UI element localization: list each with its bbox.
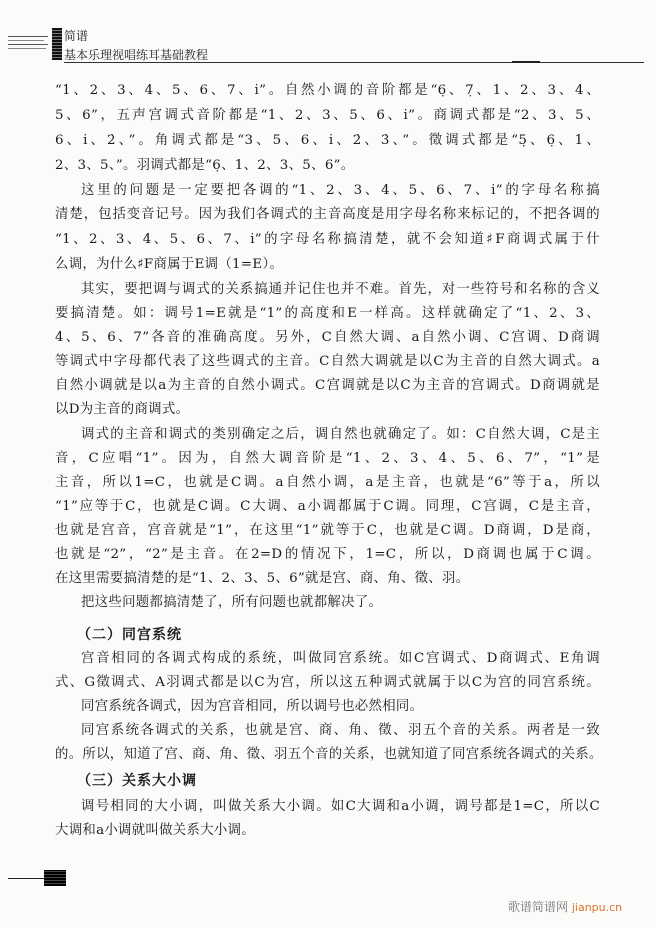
watermark: 歌谱简谱网 jianpu.cn xyxy=(508,898,622,915)
text-line: 同宫系统各调式，因为宫音相同，所以调号也必然相同。 xyxy=(81,698,600,716)
text-line: 自然小调就是以a为主音的自然小调式。C宫调就是以C为主音的宫调式。D商调就是 xyxy=(55,377,600,395)
header-block-mark xyxy=(52,28,62,60)
header-decoration-lines xyxy=(8,36,48,52)
header-rule xyxy=(64,62,644,63)
text-line: 也就是宫音，宫音就是“1”，在这里“1”就等于C，也就是C调。D商调，D是商， xyxy=(55,522,600,540)
text-line: 以D为主音的商调式。 xyxy=(55,401,600,419)
text-line: 么调，为什么♯F商属于E调（1=E）。 xyxy=(55,256,600,274)
text-line: 在这里需要搞清楚的是“1、2、3、5、6”就是宫、商、角、徵、羽。 xyxy=(55,570,600,588)
text-line: 等调式中字母都代表了这些调式的主音。C自然大调就是以C为主音的自然大调式。a xyxy=(55,353,600,371)
text-line: 音，C应唱“1”。因为，自然大调音阶是“1、2、3、4、5、6、7”，“1”是 xyxy=(55,450,600,468)
text-line: “1、2、3、4、5、6、7、i̇”的字母名称搞清楚，就不会知道♯F商调式属于什 xyxy=(55,231,600,249)
text-line: 主音，所以1=C，也就是C调。a自然小调，a是主音，也就是“6”等于a，所以 xyxy=(55,474,600,492)
text-line: 要搞清楚。如：调号1=E就是“1”的高度和E一样高。这样就确定了“1、2、3、 xyxy=(55,305,600,323)
text-line: 的。所以，知道了宫、商、角、徵、羽五个音的关系，也就知道了同宫系统各调式的关系。 xyxy=(55,746,600,764)
text-line: 清楚，包括变音记号。因为我们各调式的主音高度是用字母名称来标记的，不把各调的 xyxy=(55,206,600,224)
text-line: 5、6”，五声宫调式音阶都是“1、2、3、5、6、i̇”。商调式都是“2、3、5… xyxy=(55,107,600,125)
text-line: 调号相同的大小调，叫做关系大小调。如C大调和a小调，调号都是1=C，所以C xyxy=(81,798,600,816)
text-line: 4、5、6、7”各音的准确高度。另外，C自然大调、a自然小调、C宫调、D商调 xyxy=(55,329,600,347)
text-line: 式、G徵调式、A羽调式都是以C为宫，所以这五种调式就属于以C为宫的同宫系统。 xyxy=(55,674,600,692)
section-heading: （二）同宫系统 xyxy=(77,624,182,644)
text-line: 这里的问题是一定要把各调的“1、2、3、4、5、6、7、i̇”的字母名称搞 xyxy=(81,182,600,200)
text-line: 把这些问题都搞清楚了，所有问题也就都解决了。 xyxy=(81,594,600,612)
text-line: 调式的主音和调式的类别确定之后，调自然也就确定了。如：C自然大调，C是主 xyxy=(81,426,600,444)
text-line: “1、2、3、4、5、6、7、i̇”。自然小调的音阶都是“6̣、7̣、1、2、3… xyxy=(55,82,600,100)
footer-rule xyxy=(8,878,44,879)
text-line: 宫音相同的各调式构成的系统，叫做同宫系统。如C宫调式、D商调式、E角调 xyxy=(81,650,600,668)
text-line: “1”应等于C，也就是C调。C大调、a小调都属于C调。同理，C宫调，C是主音， xyxy=(55,498,600,516)
text-line: 大调和a小调就叫做关系大小调。 xyxy=(55,822,600,840)
watermark-cn: 歌谱简谱网 xyxy=(508,900,568,914)
header-series-title: 简谱 xyxy=(64,27,88,44)
text-line: 2、3、5、”。羽调式都是“6̣、1、2、3、5、6”。 xyxy=(55,157,600,175)
text-line: 也就是“2”，“2”是主音。在2=D的情况下，1=C，所以，D商调也属于C调。 xyxy=(55,546,600,564)
watermark-en: jianpu.cn xyxy=(572,901,622,914)
text-line: 同宫系统各调式的关系，也就是宫、商、角、徵、羽五个音的关系。两者是一致 xyxy=(81,722,600,740)
text-line: 6、i̇、2̇、”。角调式都是“3、5、6、i̇、2̇、3̇、”。徵调式都是“5… xyxy=(55,132,600,150)
footer-page-mark xyxy=(44,870,66,886)
text-line: 其实，要把调与调式的关系搞通并记住也并不难。首先，对一些符号和名称的含义 xyxy=(81,281,600,299)
section-heading: （三）关系大小调 xyxy=(77,770,197,790)
header-book-title: 基本乐理视唱练耳基础教程 xyxy=(64,46,208,63)
header-rule-accent xyxy=(512,61,540,63)
